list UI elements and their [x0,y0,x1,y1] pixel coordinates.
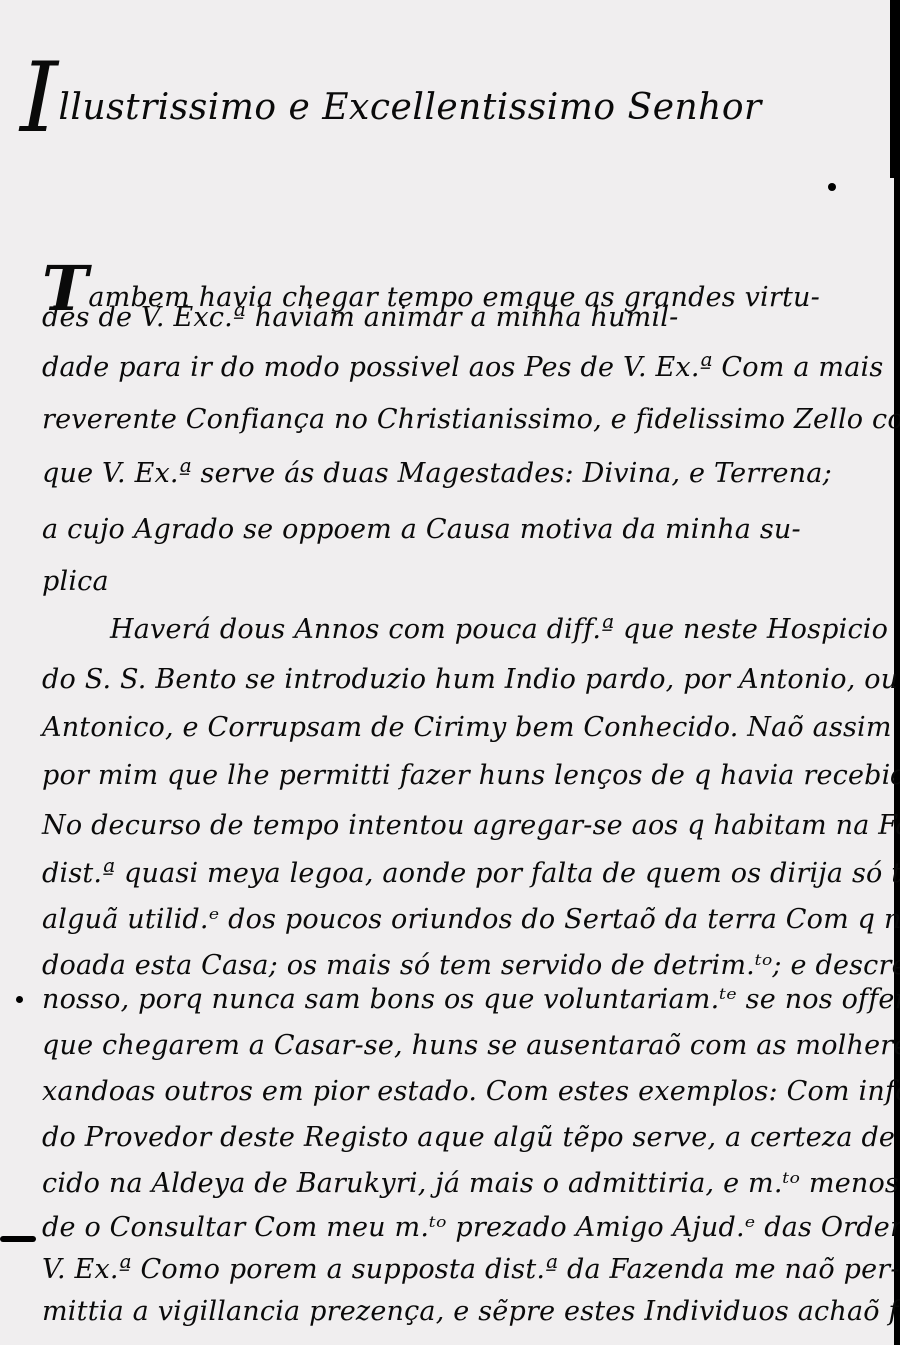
manuscript-line-7: plica [42,566,109,597]
manuscript-line-15: doada esta Casa; os mais só tem servido … [42,950,900,981]
manuscript-line-19: do Provedor deste Registo aque algũ tẽpo… [42,1122,900,1153]
manuscript-line-22: V. Ex.ª Como porem a supposta dist.ª da … [42,1254,900,1285]
salutation-heading: Illustrissimo e Excellentissimo Senhor [20,50,762,146]
ink-dot-mark [828,183,836,191]
manuscript-line-20: cido na Aldeya de Barukyri, já mais o ad… [42,1168,900,1199]
manuscript-line-18: xandoas outros em pior estado. Com estes… [42,1076,900,1107]
manuscript-line-5: que V. Ex.ª serve ás duas Magestades: Di… [42,458,832,489]
salutation-initial: I [20,42,58,154]
manuscript-line-14: alguã utilid.ᵉ dos poucos oriundos do Se… [42,904,900,935]
page-edge-shadow [890,0,900,178]
manuscript-line-12: No decurso de tempo intentou agregar-se … [42,810,900,841]
margin-dot-mark [16,996,23,1003]
margin-pointer-mark [0,1236,36,1242]
manuscript-line-10: Antonico, e Corrupsam de Cirimy bem Conh… [42,712,892,743]
manuscript-line-6: a cujo Agrado se oppoem a Causa motiva d… [42,514,801,545]
manuscript-line-2: des de V. Exc.ª haviam animar a minha hu… [42,302,678,333]
manuscript-line-17: que chegarem a Casar-se, huns se ausenta… [42,1030,900,1061]
manuscript-line-16: nosso, porq nunca sam bons os que volunt… [42,984,900,1015]
manuscript-line-4: reverente Confiança no Christianissimo, … [42,404,900,435]
manuscript-line-21: de o Consultar Com meu m.ᵗᵒ prezado Amig… [42,1212,900,1243]
manuscript-line-8: Haverá dous Annos com pouca diff.ª que n… [110,614,888,645]
manuscript-line-9: do S. S. Bento se introduzio hum Indio p… [42,664,898,695]
manuscript-page: Illustrissimo e Excellentissimo Senhor T… [0,0,900,1345]
manuscript-line-13: dist.ª quasi meya legoa, aonde por falta… [42,858,900,889]
manuscript-line-23: mittia a vigillancia prezença, e sẽpre e… [42,1296,900,1327]
manuscript-line-11: por mim que lhe permitti fazer huns lenç… [42,760,900,791]
salutation-text: llustrissimo e Excellentissimo Senhor [58,87,761,128]
manuscript-line-3: dade para ir do modo possivel aos Pes de… [42,352,883,383]
